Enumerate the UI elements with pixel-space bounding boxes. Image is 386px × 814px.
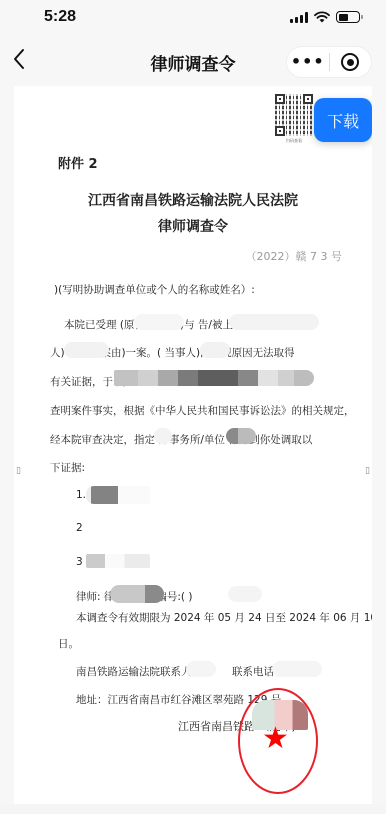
redacted-field: [110, 585, 164, 603]
document-title: 律师调查令: [14, 216, 372, 236]
paragraph-line-6: 下证据:: [50, 460, 85, 475]
redacted-field: [154, 428, 172, 444]
addressee-line: )(写明协助调查单位或个人的名称或姓名）:: [54, 282, 255, 297]
redacted-field: [226, 428, 256, 444]
validity-tail: 日。: [58, 636, 79, 651]
redacted-field: [114, 370, 314, 386]
evidence-item-2: 2: [76, 522, 83, 534]
case-number: （2022）赣 7 3 号: [246, 248, 342, 264]
paragraph-line-4: 查明案件事实，根据《中华人民共和国民事诉讼法》的相关规定，: [50, 403, 355, 418]
phone-label: 联系电话: [232, 664, 274, 679]
evidence-item-3: 3: [76, 556, 83, 568]
nav-bar: 律师调查令 •••: [0, 40, 386, 84]
qr-code: 扫码查看: [275, 94, 313, 144]
page-marker-right: ▯: [365, 466, 370, 476]
validity-line: 本调查令有效期限为 2024 年 05 月 24 日至 2024 年 06 月 …: [76, 610, 372, 625]
miniprogram-capsule: •••: [286, 46, 372, 78]
contact-label: 南昌铁路运输法院联系人:: [76, 664, 195, 679]
status-time: 5:28: [44, 8, 76, 26]
record-circle-icon: [341, 53, 359, 71]
paragraph-line-5: 经本院审查决定，指定 师事务所/单位 律师到你处调取以: [50, 432, 312, 447]
redacted-field: [64, 342, 109, 358]
battery-icon: [336, 11, 360, 23]
evidence-item-1: 1.: [76, 489, 86, 501]
status-bar: 5:28: [0, 0, 386, 40]
redacted-field: [228, 586, 262, 602]
bottom-safe-area: [0, 804, 386, 814]
signal-icon: [290, 12, 308, 23]
star-icon: ★: [262, 724, 289, 754]
redacted-field: [200, 342, 230, 358]
status-icons: [290, 11, 360, 23]
download-button[interactable]: 下载: [314, 98, 372, 142]
attachment-label: 附件 2: [58, 153, 98, 172]
more-icon: •••: [291, 52, 325, 71]
close-miniprogram-button[interactable]: [330, 53, 372, 71]
court-name: 江西省南昌铁路运输法院人民法院: [14, 190, 372, 210]
page-marker-left: ▯: [16, 466, 21, 476]
document-page[interactable]: 扫码查看 下载 附件 2 江西省南昌铁路运输法院人民法院 律师调查令 （2022…: [14, 86, 372, 804]
qr-caption: 扫码查看: [275, 138, 313, 144]
more-button[interactable]: •••: [287, 47, 329, 77]
redacted-field: [86, 486, 150, 504]
redacted-field: [86, 554, 150, 568]
qr-code-image: [275, 94, 313, 136]
official-seal: ★: [238, 688, 318, 794]
redacted-field: [272, 661, 322, 677]
redacted-field: [134, 314, 184, 330]
wifi-icon: [314, 11, 330, 23]
redacted-field: [186, 661, 216, 677]
redacted-field: [229, 314, 319, 330]
